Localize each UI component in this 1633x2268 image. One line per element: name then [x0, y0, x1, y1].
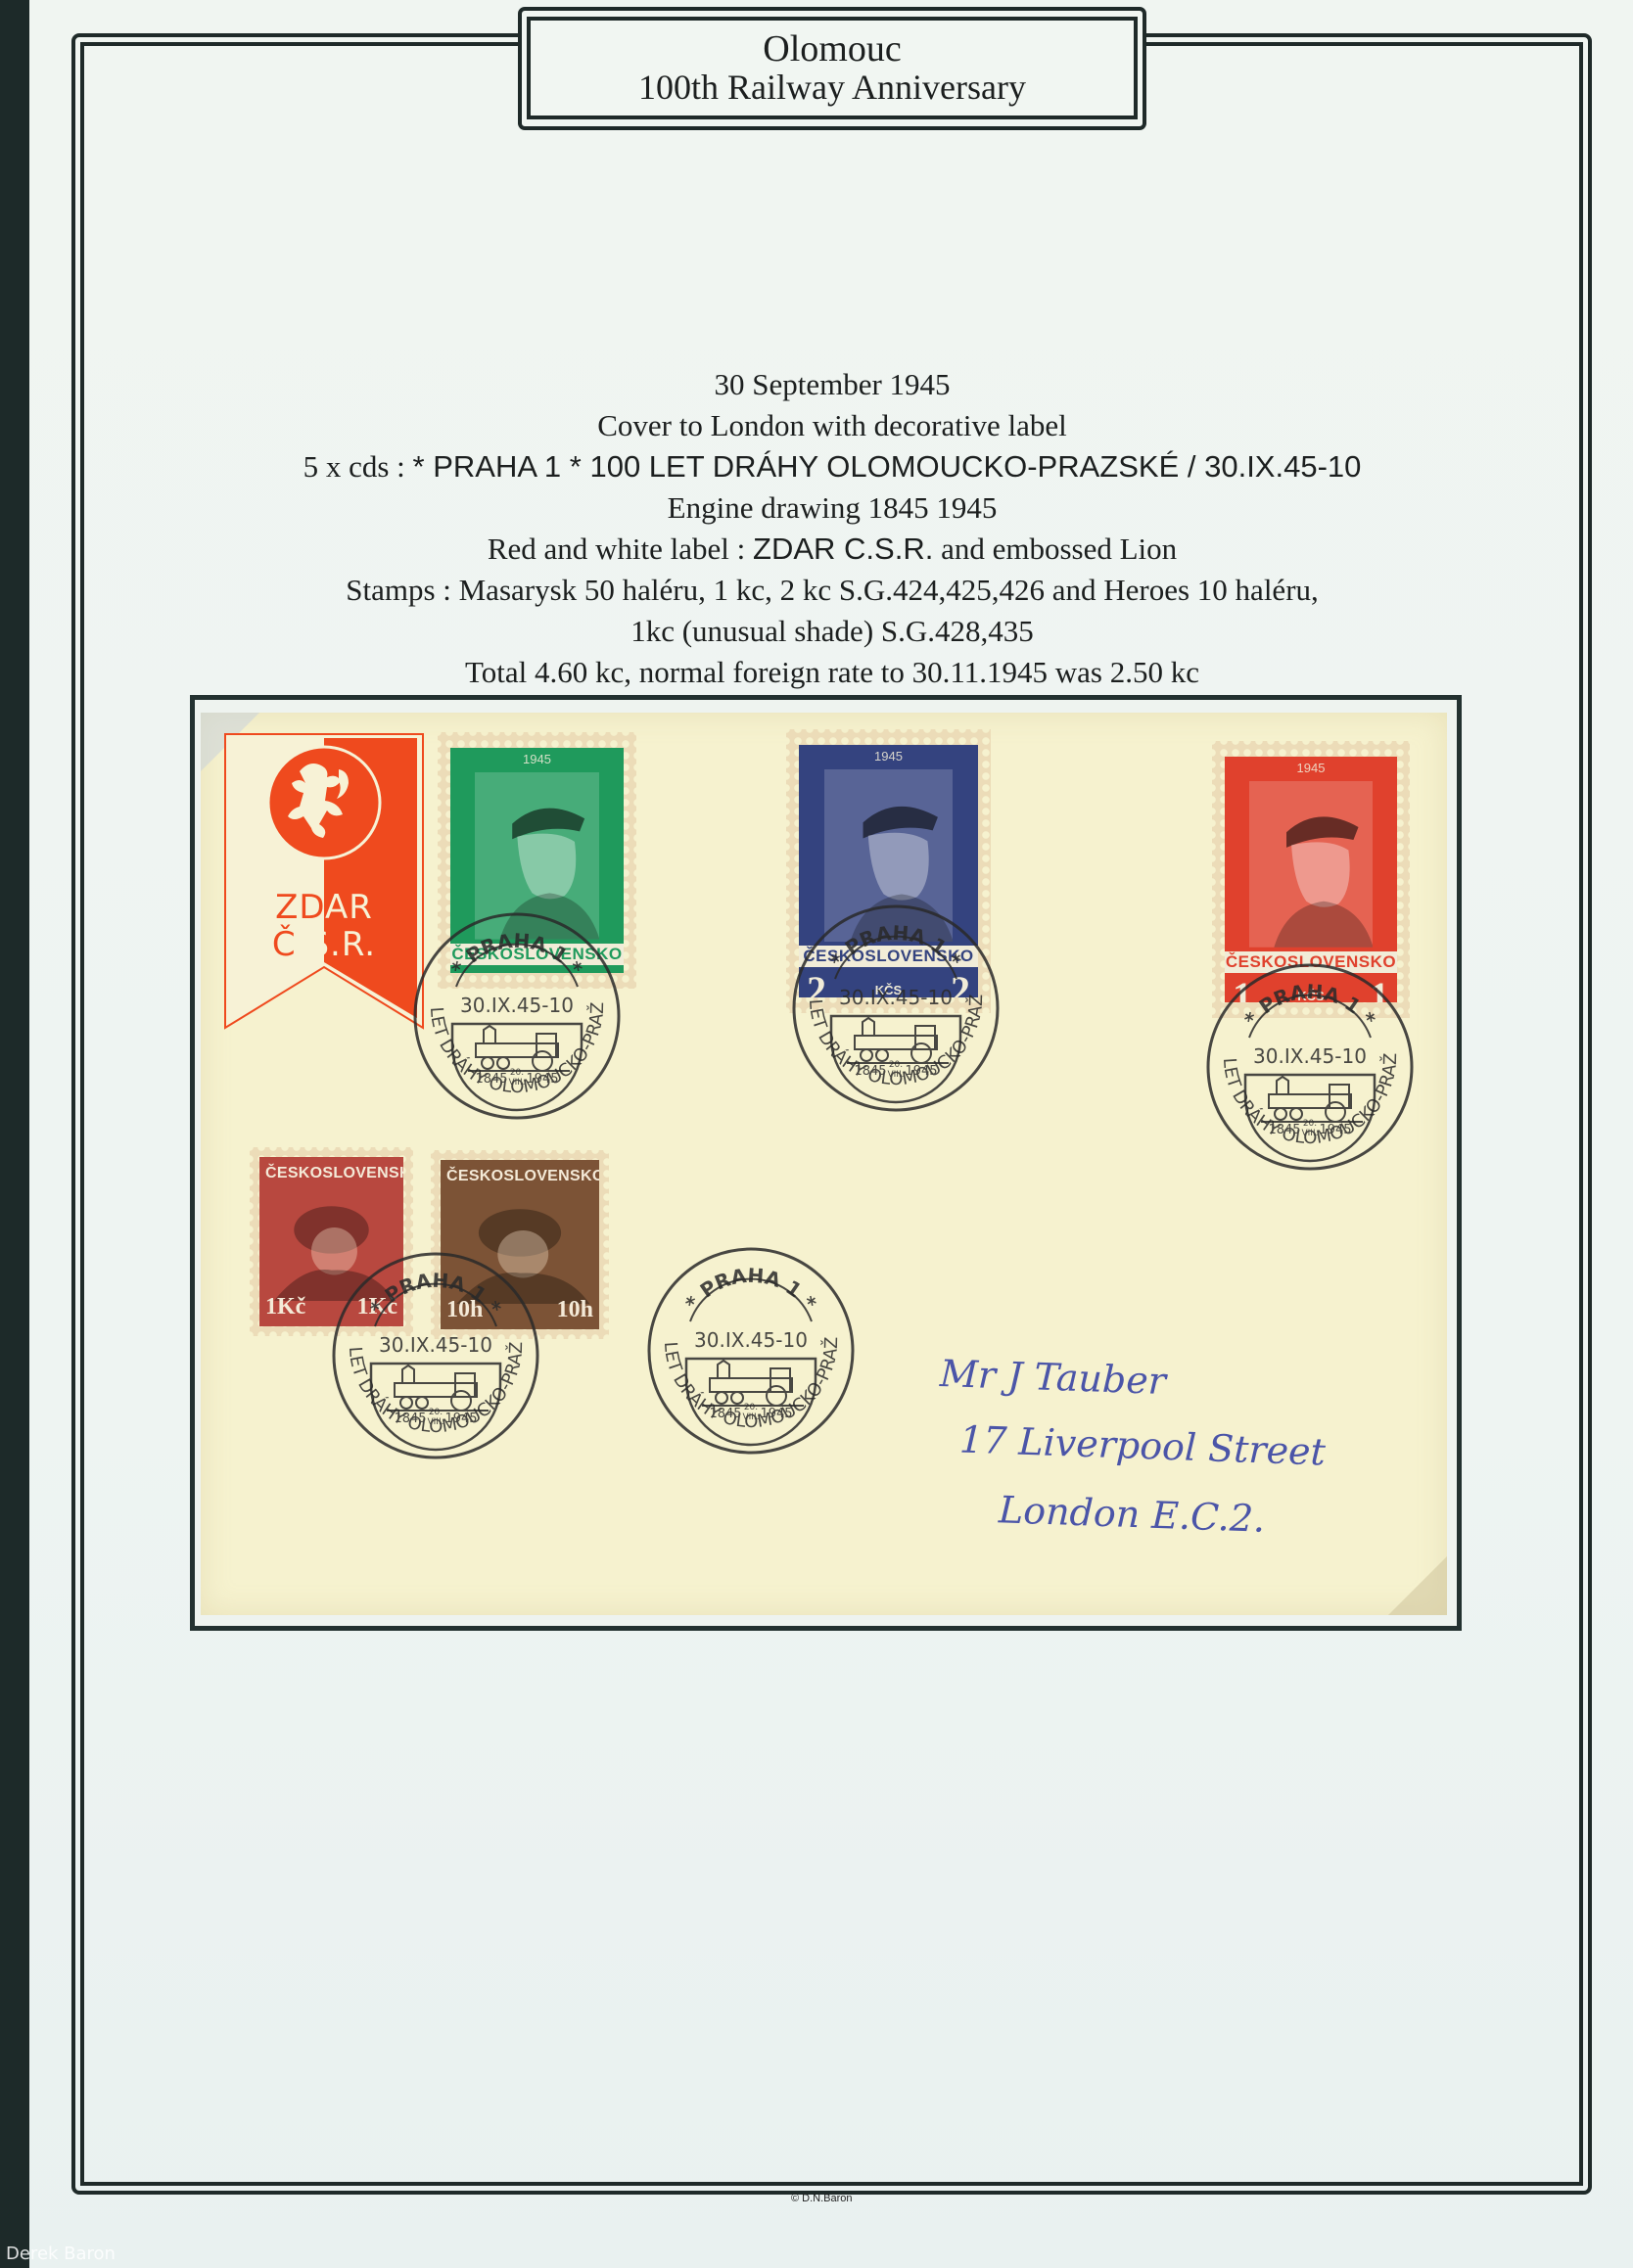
- stamp-value-row: 10h10h: [446, 1297, 593, 1323]
- stamp-heroes-10h: ČESKOSLOVENSKO10h10h: [431, 1150, 609, 1339]
- title-line-2: 100th Railway Anniversary: [638, 68, 1026, 107]
- title-line-1: Olomouc: [763, 30, 901, 68]
- label-text-csr: Č.S.R.: [223, 926, 425, 963]
- portrait-icon: [1249, 781, 1374, 948]
- stamp-value-row: 2KČS2: [799, 967, 978, 997]
- portrait-icon: [475, 772, 599, 940]
- desc-engine: Engine drawing 1845 1945: [147, 487, 1517, 529]
- soldier-portrait-icon: [441, 1185, 599, 1304]
- address-line-1: Mr J Tauber: [939, 1352, 1166, 1403]
- desc-label-prefix: Red and white label :: [488, 532, 753, 566]
- page-title: Olomouc 100th Railway Anniversary: [527, 17, 1138, 119]
- label-text-zdar: ZDAR: [223, 889, 425, 926]
- desc-date: 30 September 1945: [147, 364, 1517, 405]
- address-line-3: London E.C.2.: [998, 1488, 1266, 1540]
- soldier-portrait-icon: [259, 1182, 403, 1301]
- desc-cancel-prefix: 5 x cds :: [303, 449, 413, 484]
- desc-label: Red and white label : ZDAR C.S.R. and em…: [147, 529, 1517, 570]
- zdar-csr-label: ZDAR Č.S.R.: [223, 732, 425, 1031]
- stamp-design: 1945ČESKOSLOVENSKO2KČS2: [799, 745, 978, 997]
- stamp-design: 1945ČESKOSLOVENSKO1KČS1: [1225, 757, 1397, 1002]
- stamp-value-row: 50HAL50: [450, 965, 624, 973]
- desc-total: Total 4.60 kc, normal foreign rate to 30…: [147, 652, 1517, 693]
- stamp-year: 1945: [1297, 761, 1326, 775]
- stamp-country: ČESKOSLOVENSKO: [1225, 951, 1397, 973]
- scan-edge: [0, 0, 29, 2268]
- watermark: Derek Baron: [6, 2244, 116, 2264]
- desc-cancel: 5 x cds : * PRAHA 1 * 100 LET DRÁHY OLOM…: [147, 446, 1517, 487]
- stamp-country: ČESKOSLOVENSKO: [799, 946, 978, 967]
- stamp-heroes-1kc: ČESKOSLOVENSKO1Kč1Kč: [250, 1147, 413, 1336]
- stamp-masaryk-1kc: 1945ČESKOSLOVENSKO1KČS1: [1212, 741, 1410, 1018]
- stamp-year: 1945: [874, 749, 903, 764]
- stamp-design: ČESKOSLOVENSKO10h10h: [441, 1160, 599, 1329]
- desc-stamps-1: Stamps : Masarysk 50 haléru, 1 kc, 2 kc …: [147, 570, 1517, 611]
- copyright-notice: © D.N.Baron: [791, 2193, 853, 2204]
- stamp-design: 1945ČESKOSLOVENSKO50HAL50: [450, 748, 624, 973]
- desc-subtitle: Cover to London with decorative label: [147, 405, 1517, 446]
- stamp-value-row: 1KČS1: [1225, 973, 1397, 1002]
- portrait-icon: [824, 769, 954, 942]
- stamp-masaryk-2kc: 1945ČESKOSLOVENSKO2KČS2: [786, 729, 991, 1013]
- desc-label-suffix: and embossed Lion: [933, 532, 1177, 566]
- stamp-country: ČESKOSLOVENSKO: [450, 944, 624, 965]
- desc-label-text: ZDAR C.S.R.: [753, 532, 933, 566]
- stamp-country: ČESKOSLOVENSKO: [259, 1157, 403, 1182]
- label-banner-shape: [223, 732, 425, 1031]
- stamp-country: ČESKOSLOVENSKO: [441, 1160, 599, 1185]
- desc-stamps-2: 1kc (unusual shade) S.G.428,435: [147, 611, 1517, 652]
- photo-corner-bottom-right: [1388, 1556, 1447, 1615]
- desc-cancel-text: * PRAHA 1 * 100 LET DRÁHY OLOMOUCKO-PRAZ…: [413, 449, 1362, 484]
- cover-description: 30 September 1945 Cover to London with d…: [147, 364, 1517, 693]
- stamp-masaryk-50h: 1945ČESKOSLOVENSKO50HAL50: [438, 732, 636, 989]
- stamp-design: ČESKOSLOVENSKO1Kč1Kč: [259, 1157, 403, 1326]
- stamp-year: 1945: [523, 752, 551, 766]
- stamp-value-row: 1Kč1Kč: [265, 1294, 397, 1320]
